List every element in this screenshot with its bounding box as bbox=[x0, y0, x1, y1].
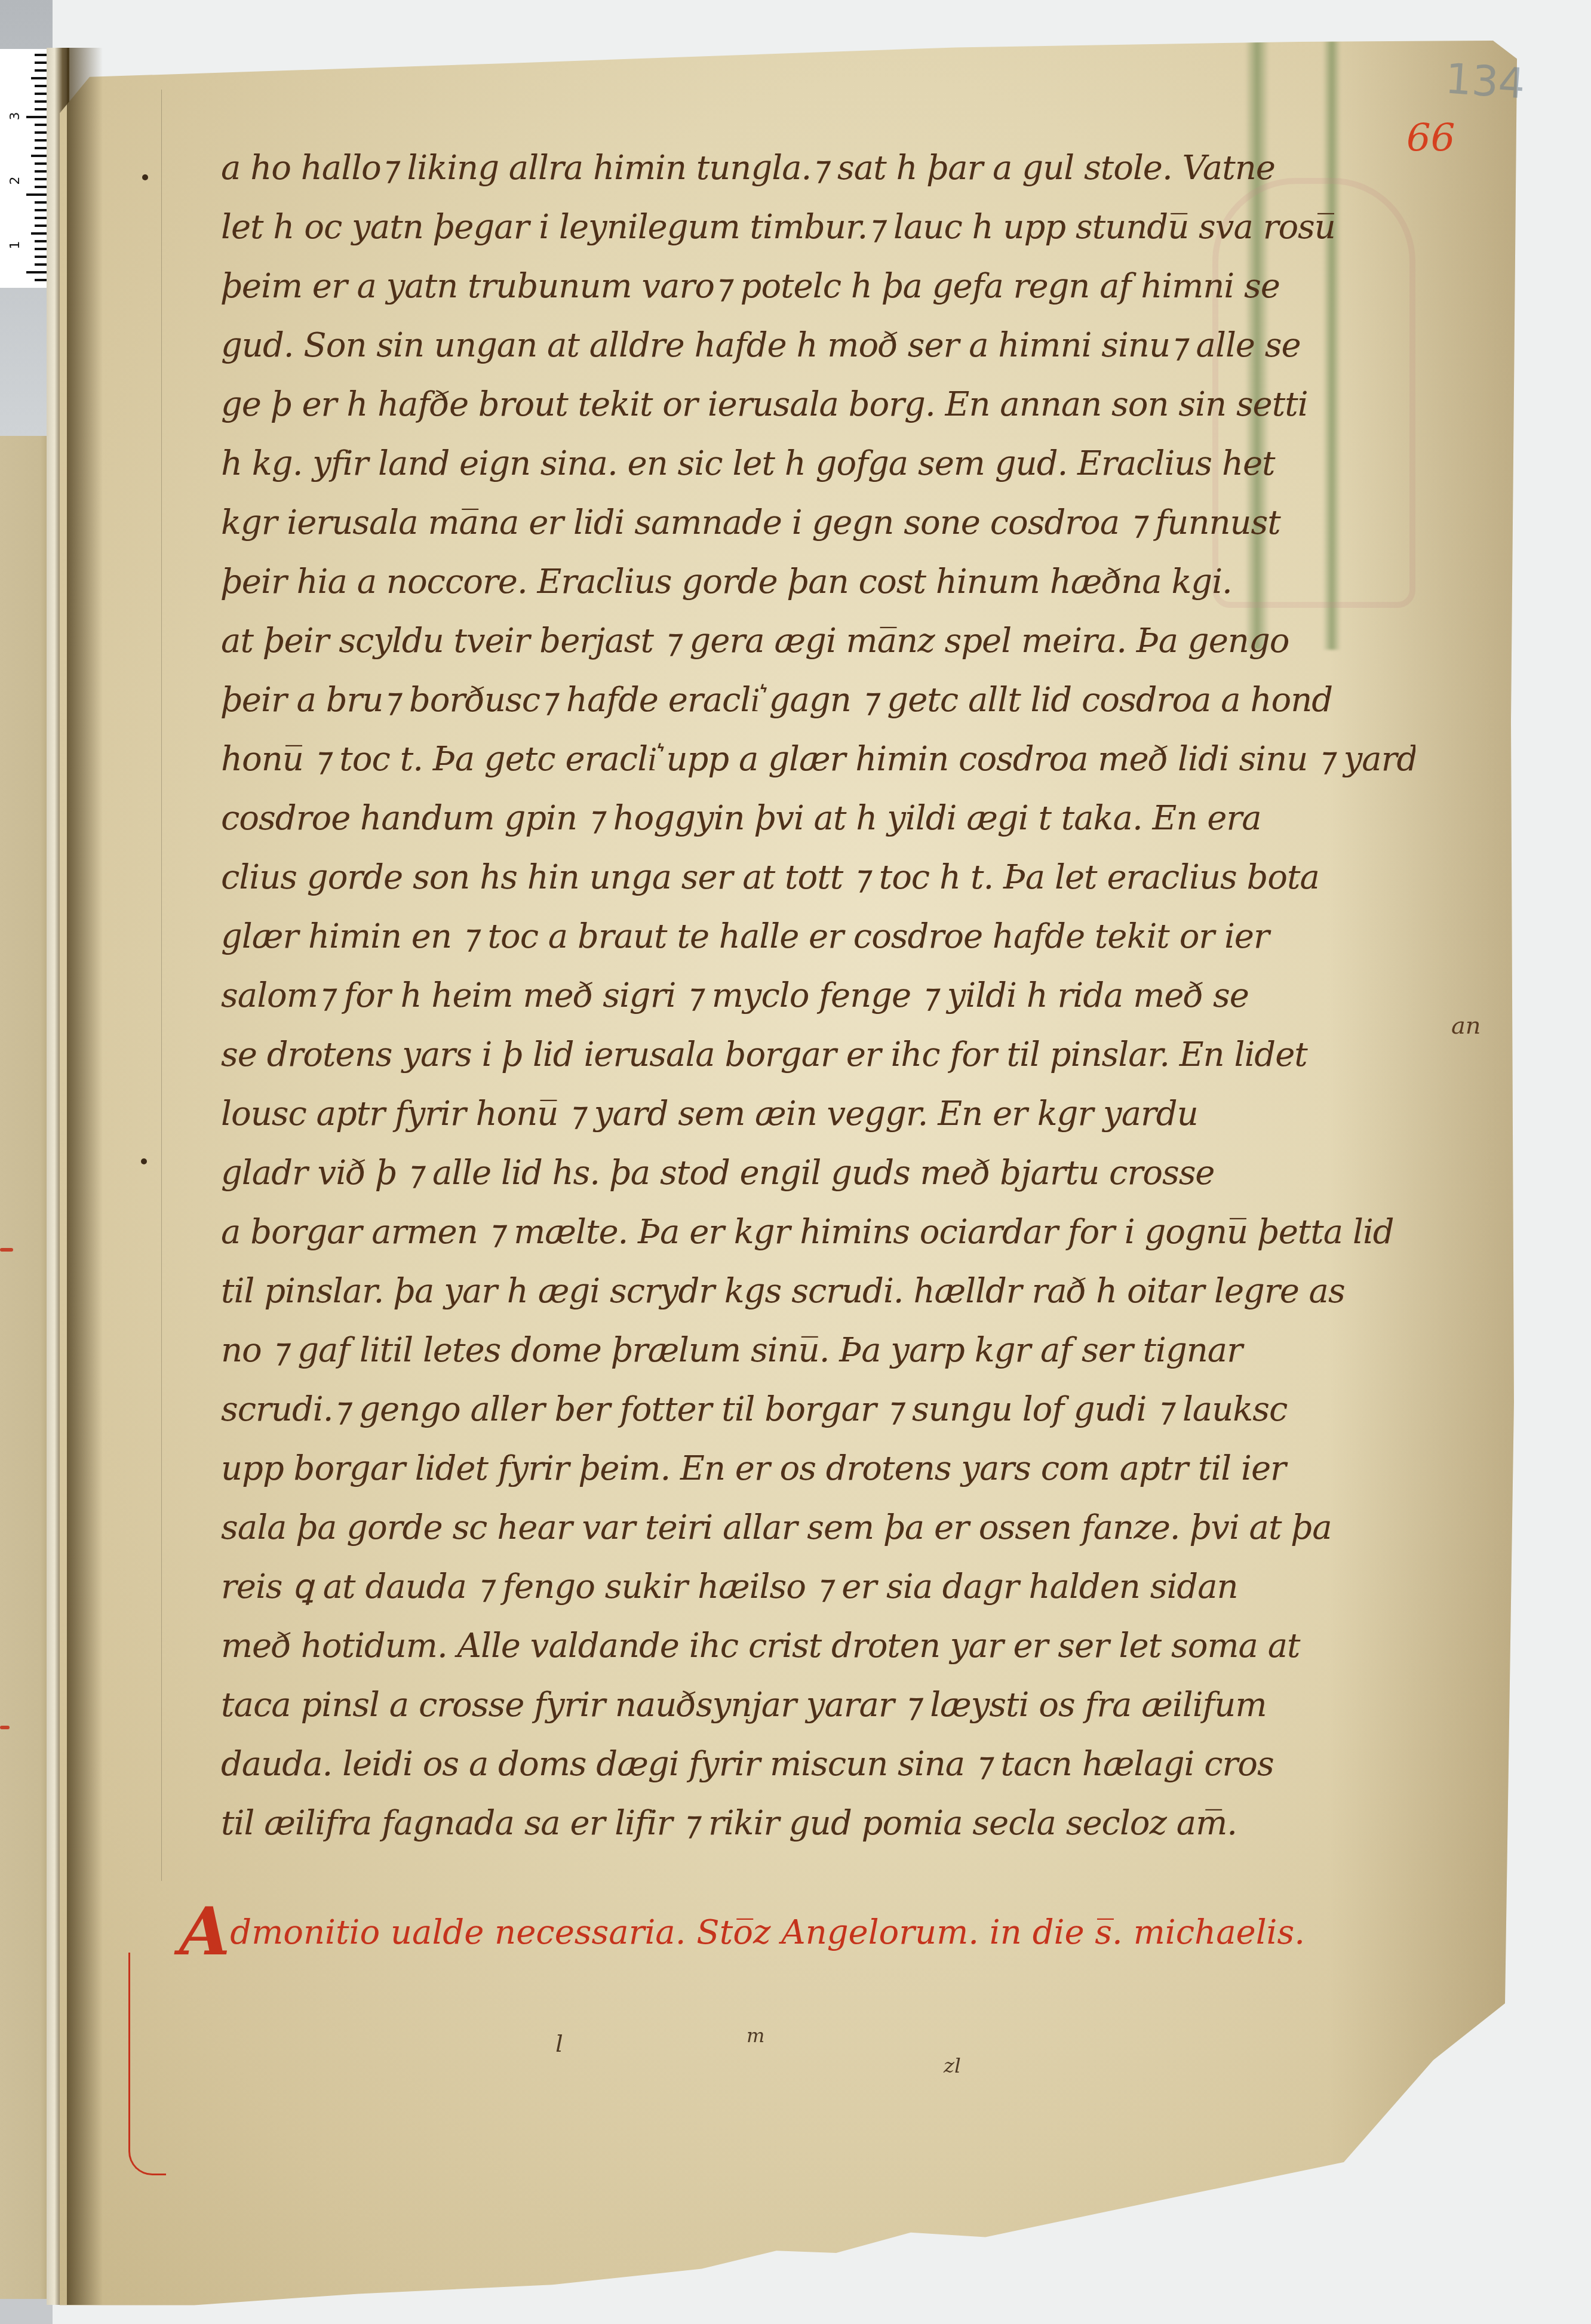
ruler-background: 321 bbox=[0, 0, 53, 436]
gutter-shadow bbox=[67, 48, 103, 2305]
bottom-mark: zl bbox=[944, 2054, 961, 2078]
bottom-mark: m bbox=[747, 2024, 764, 2047]
ink-dot bbox=[141, 1158, 147, 1164]
rubric-text: dmonitio ualde necessaria. Sto̅z Angelor… bbox=[230, 1913, 1305, 1952]
bottom-mark: l bbox=[555, 2030, 563, 2058]
manuscript-line: með hotidum. Alle valdande ihc crist dro… bbox=[221, 1616, 1415, 1676]
manuscript-line: reis ꝗ at dauda ⁊ fengo sukir hæilso ⁊ e… bbox=[221, 1557, 1415, 1616]
manuscript-line: a ho hallo⁊ liking allra himin tungla.⁊ … bbox=[221, 139, 1415, 198]
scan-background-corner bbox=[0, 2299, 53, 2324]
manuscript-line: dauda. leidi os a doms dægi fyrir miscun… bbox=[221, 1735, 1415, 1794]
ruler-tick bbox=[26, 116, 49, 118]
manuscript-line: gud. Son sin ungan at alldre hafde h moð… bbox=[221, 316, 1415, 375]
ruler-label: 2 bbox=[8, 172, 23, 190]
manuscript-line: at þeir scyldu tveir berjast ⁊ gera ægi … bbox=[221, 611, 1415, 671]
manuscript-line: salom⁊ for h heim með sigri ⁊ myclo feng… bbox=[221, 966, 1415, 1025]
rubric-flourish bbox=[128, 1953, 166, 2175]
ruler-label: 3 bbox=[8, 107, 23, 125]
manuscript-line: þeim er a yatn trubunum varo⁊ potelc h þ… bbox=[221, 257, 1415, 316]
manuscript-line: clius gorde son hs hin unga ser at tott … bbox=[221, 848, 1415, 907]
manuscript-line: upp borgar lidet fyrir þeim. En er os dr… bbox=[221, 1439, 1415, 1498]
manuscript-line: se drotens yars i þ lid ierusala borgar … bbox=[221, 1025, 1415, 1084]
measurement-ruler: 321 bbox=[0, 49, 52, 288]
facing-page-red-mark bbox=[0, 1726, 10, 1729]
ruler-tick bbox=[26, 193, 49, 196]
manuscript-line: h kg. yfir land eign sina. en sic let h … bbox=[221, 434, 1415, 493]
manuscript-line: þeir a bru⁊ borðusc⁊ hafde eracli͛ gagn … bbox=[221, 671, 1415, 730]
manuscript-line: til pinslar. þa yar h ægi scrydr kgs scr… bbox=[221, 1262, 1415, 1321]
margin-note: an bbox=[1451, 1012, 1481, 1040]
manuscript-line: taca pinsl a crosse fyrir nauðsynjar yar… bbox=[221, 1676, 1415, 1735]
pencil-foliation: 134 bbox=[1443, 54, 1526, 108]
manuscript-line: glær himin en ⁊ toc a braut te halle er … bbox=[221, 907, 1415, 966]
rubric-heading: Admonitio ualde necessaria. Sto̅z Angelo… bbox=[179, 1893, 1305, 1970]
ruling-frame-line bbox=[161, 90, 162, 1881]
manuscript-line: cosdroe handum gpin ⁊ hoggyin þvi at h y… bbox=[221, 789, 1415, 848]
facing-page-red-mark bbox=[0, 1248, 13, 1252]
manuscript-line: let h oc yatn þegar i leynilegum timbur.… bbox=[221, 198, 1415, 257]
manuscript-text-block: a ho hallo⁊ liking allra himin tungla.⁊ … bbox=[221, 139, 1415, 1853]
manuscript-line: kgr ierusala ma̅na er lidi samnade i geg… bbox=[221, 493, 1415, 552]
manuscript-line: ge þ er h hafðe brout tekit or ierusala … bbox=[221, 375, 1415, 434]
manuscript-line: lousc aptr fyrir honu̅ ⁊ yard sem æin ve… bbox=[221, 1084, 1415, 1143]
manuscript-line: til æilifra fagnada sa er lifir ⁊ rikir … bbox=[221, 1794, 1415, 1853]
manuscript-line: no ⁊ gaf litil letes dome þrælum sinu̅. … bbox=[221, 1321, 1415, 1380]
manuscript-line: a borgar armen ⁊ mælte. Þa er kgr himins… bbox=[221, 1203, 1415, 1262]
manuscript-line: gladr við þ ⁊ alle lid hs. þa stod engil… bbox=[221, 1143, 1415, 1203]
ink-dot bbox=[142, 174, 148, 180]
manuscript-line: scrudi.⁊ gengo aller ber fotter til borg… bbox=[221, 1380, 1415, 1439]
rubric-initial: A bbox=[179, 1893, 230, 1970]
manuscript-line: þeir hia a noccore. Eraclius gorde þan c… bbox=[221, 552, 1415, 611]
ruler-tick bbox=[26, 271, 49, 273]
manuscript-line: sala þa gorde sc hear var teiri allar se… bbox=[221, 1498, 1415, 1557]
facing-page-edge bbox=[0, 436, 50, 2299]
manuscript-line: honu̅ ⁊ toc t. Þa getc eracli͛ upp a glæ… bbox=[221, 730, 1415, 789]
ruler-label: 1 bbox=[8, 236, 23, 254]
